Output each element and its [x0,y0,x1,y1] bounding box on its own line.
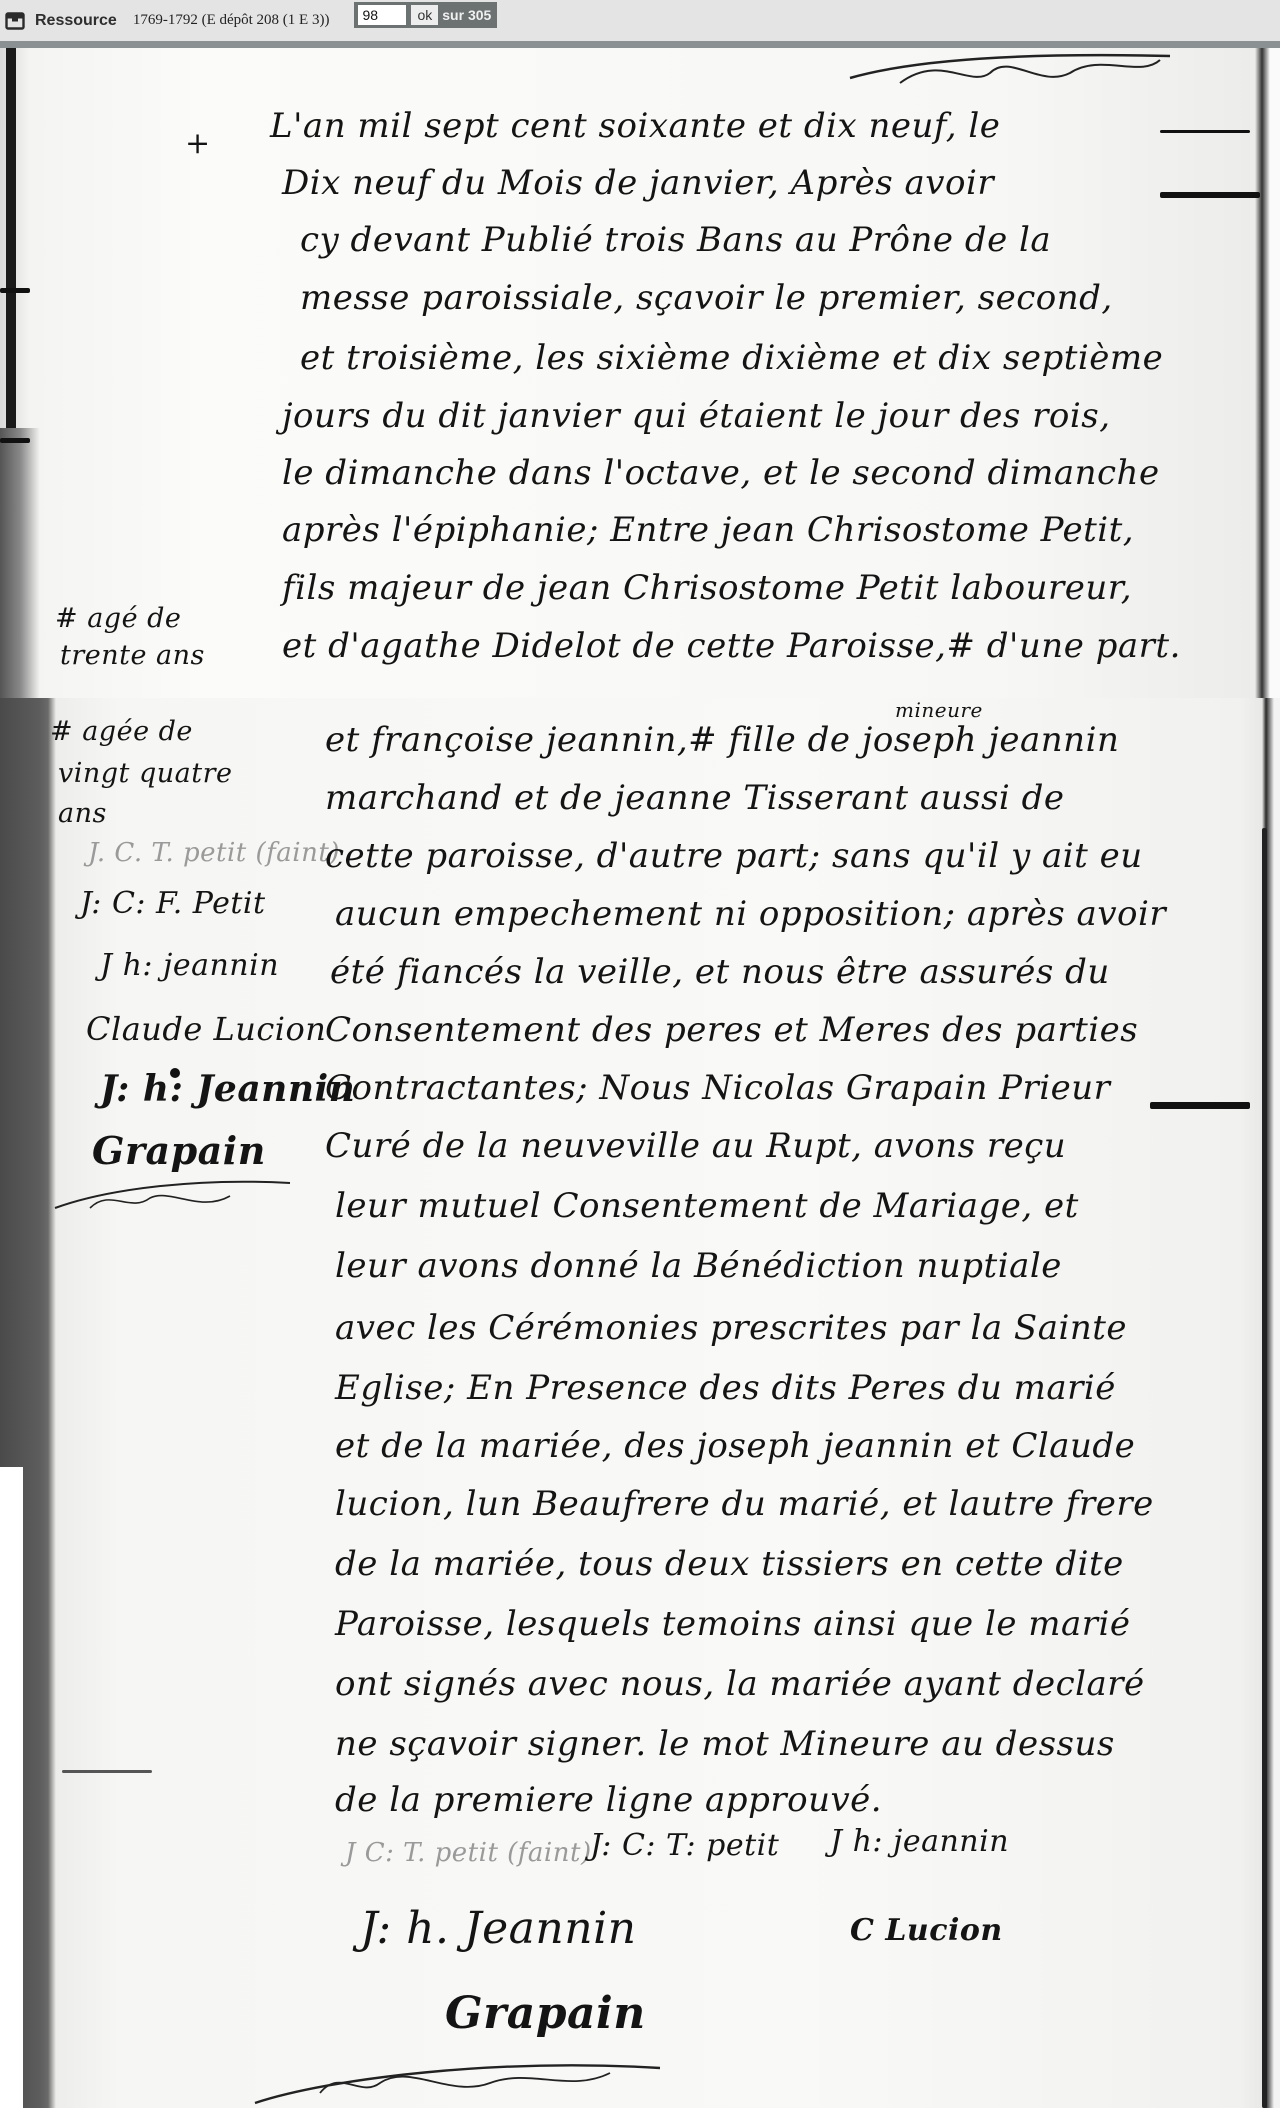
signature-jcf-petit: J: C: F. Petit [80,886,266,921]
text-line: jours du dit janvier qui étaient le jour… [282,396,1111,436]
signature-faint-petit-bottom: J C: T. petit (faint) [345,1838,592,1868]
pen-stroke [1160,192,1260,198]
signature-grapain-bottom: Grapain [445,1988,646,2039]
page-navigator: ok sur 305 [354,2,497,28]
text-line: Contractantes; Nous Nicolas Grapain Prie… [325,1068,1110,1108]
text-line: Dix neuf du Mois de janvier, Après avoir [282,163,994,203]
flourish-ornament [840,48,1180,98]
text-line: Eglise; En Presence des dits Peres du ma… [335,1368,1116,1408]
binding-shadow [0,428,40,698]
signature-flourish [50,1168,300,1218]
signature-jct-petit-bottom: J: C: T: petit [590,1828,779,1863]
pen-stroke [1160,130,1250,133]
text-line: et d'agathe Didelot de cette Paroisse,# … [282,626,1181,666]
margin-note: ans [58,798,107,829]
cross-mark: + [185,126,211,161]
text-line: et de la mariée, des joseph jeannin et C… [335,1426,1135,1466]
ink-blot [170,1068,180,1078]
toolbar-divider [0,41,1280,48]
scan-lower-page: # agée de vingt quatre ans J. C. T. peti… [0,698,1280,2108]
text-line: marchand et de jeanne Tisserant aussi de [325,778,1064,818]
page-number-input[interactable] [358,5,406,25]
text-line: avec les Cérémonies prescrites par la Sa… [335,1308,1127,1348]
text-line: aucun empechement ni opposition; après a… [335,894,1166,934]
resource-label: Ressource [35,12,117,30]
text-line: leur mutuel Consentement de Mariage, et [335,1186,1079,1226]
text-line: fils majeur de jean Chrisostome Petit la… [282,568,1132,608]
text-line: cette paroisse, d'autre part; sans qu'il… [325,836,1143,876]
signature-jh-jeannin-bottom: J h: jeannin [830,1824,1009,1859]
pen-stroke [62,1770,152,1773]
pen-stroke [1150,1102,1250,1109]
viewer-background-gap [0,1467,23,2108]
text-line: messe paroissiale, sçavoir le premier, s… [300,278,1113,318]
go-to-page-button[interactable]: ok [411,5,438,25]
margin-note: # agé de [55,603,181,634]
binding-notch [0,438,30,443]
document-image-viewer[interactable]: + L'an mil sept cent soixante et dix neu… [0,48,1280,2108]
text-line: le dimanche dans l'octave, et le second … [282,453,1160,493]
text-line: après l'épiphanie; Entre jean Chrisostom… [282,510,1134,550]
binding-notch [0,288,30,293]
text-line: Paroisse, lesquels temoins ainsi que le … [335,1604,1131,1644]
text-line: lucion, lun Beaufrere du marié, et lautr… [335,1484,1154,1524]
signature-jh-jeannin: J h: jeannin [100,948,279,983]
text-line: L'an mil sept cent soixante et dix neuf,… [270,106,1000,146]
text-line: été fiancés la veille, et nous être assu… [330,952,1110,992]
resource-title: 1769-1792 (E dépôt 208 (1 E 3)) [133,12,330,29]
text-line: et troisième, les sixième dixième et dix… [300,338,1163,378]
margin-note: vingt quatre [58,758,233,789]
text-line: Curé de la neuveville au Rupt, avons reç… [325,1126,1066,1166]
signature-jh-jeannin-bold: J: h: Jeannin [100,1068,355,1110]
signature-faint-petit: J. C. T. petit (faint) [88,838,340,868]
page-total: sur 305 [442,7,491,23]
text-line: et françoise jeannin,# fille de joseph j… [325,720,1119,760]
margin-note: trente ans [60,640,205,671]
text-line: Consentement des peres et Meres des part… [325,1010,1138,1050]
binding-edge-right [1262,828,1267,2108]
interlinear-note: mineure [895,698,983,722]
scan-upper-page: + L'an mil sept cent soixante et dix neu… [0,48,1280,698]
signature-jh-jeannin-large: J: h. Jeannin [360,1903,636,1954]
text-line: de la mariée, tous deux tissiers en cett… [335,1544,1124,1584]
archive-box-icon [5,11,25,31]
viewer-toolbar: Ressource 1769-1792 (E dépôt 208 (1 E 3)… [0,0,1280,41]
text-line: ne sçavoir signer. le mot Mineure au des… [335,1724,1115,1764]
signature-claude-lucion: Claude Lucion [86,1010,326,1048]
text-line: de la premiere ligne approuvé. [335,1780,882,1820]
signature-c-lucion: C Lucion [850,1913,1003,1948]
text-line: cy devant Publié trois Bans au Prône de … [300,220,1051,260]
signature-grapain: Grapain [92,1128,266,1173]
signature-flourish-bottom [250,2038,670,2108]
text-line: ont signés avec nous, la mariée ayant de… [335,1664,1145,1704]
margin-note: # agée de [50,716,193,747]
text-line: leur avons donné la Bénédiction nuptiale [335,1246,1062,1286]
